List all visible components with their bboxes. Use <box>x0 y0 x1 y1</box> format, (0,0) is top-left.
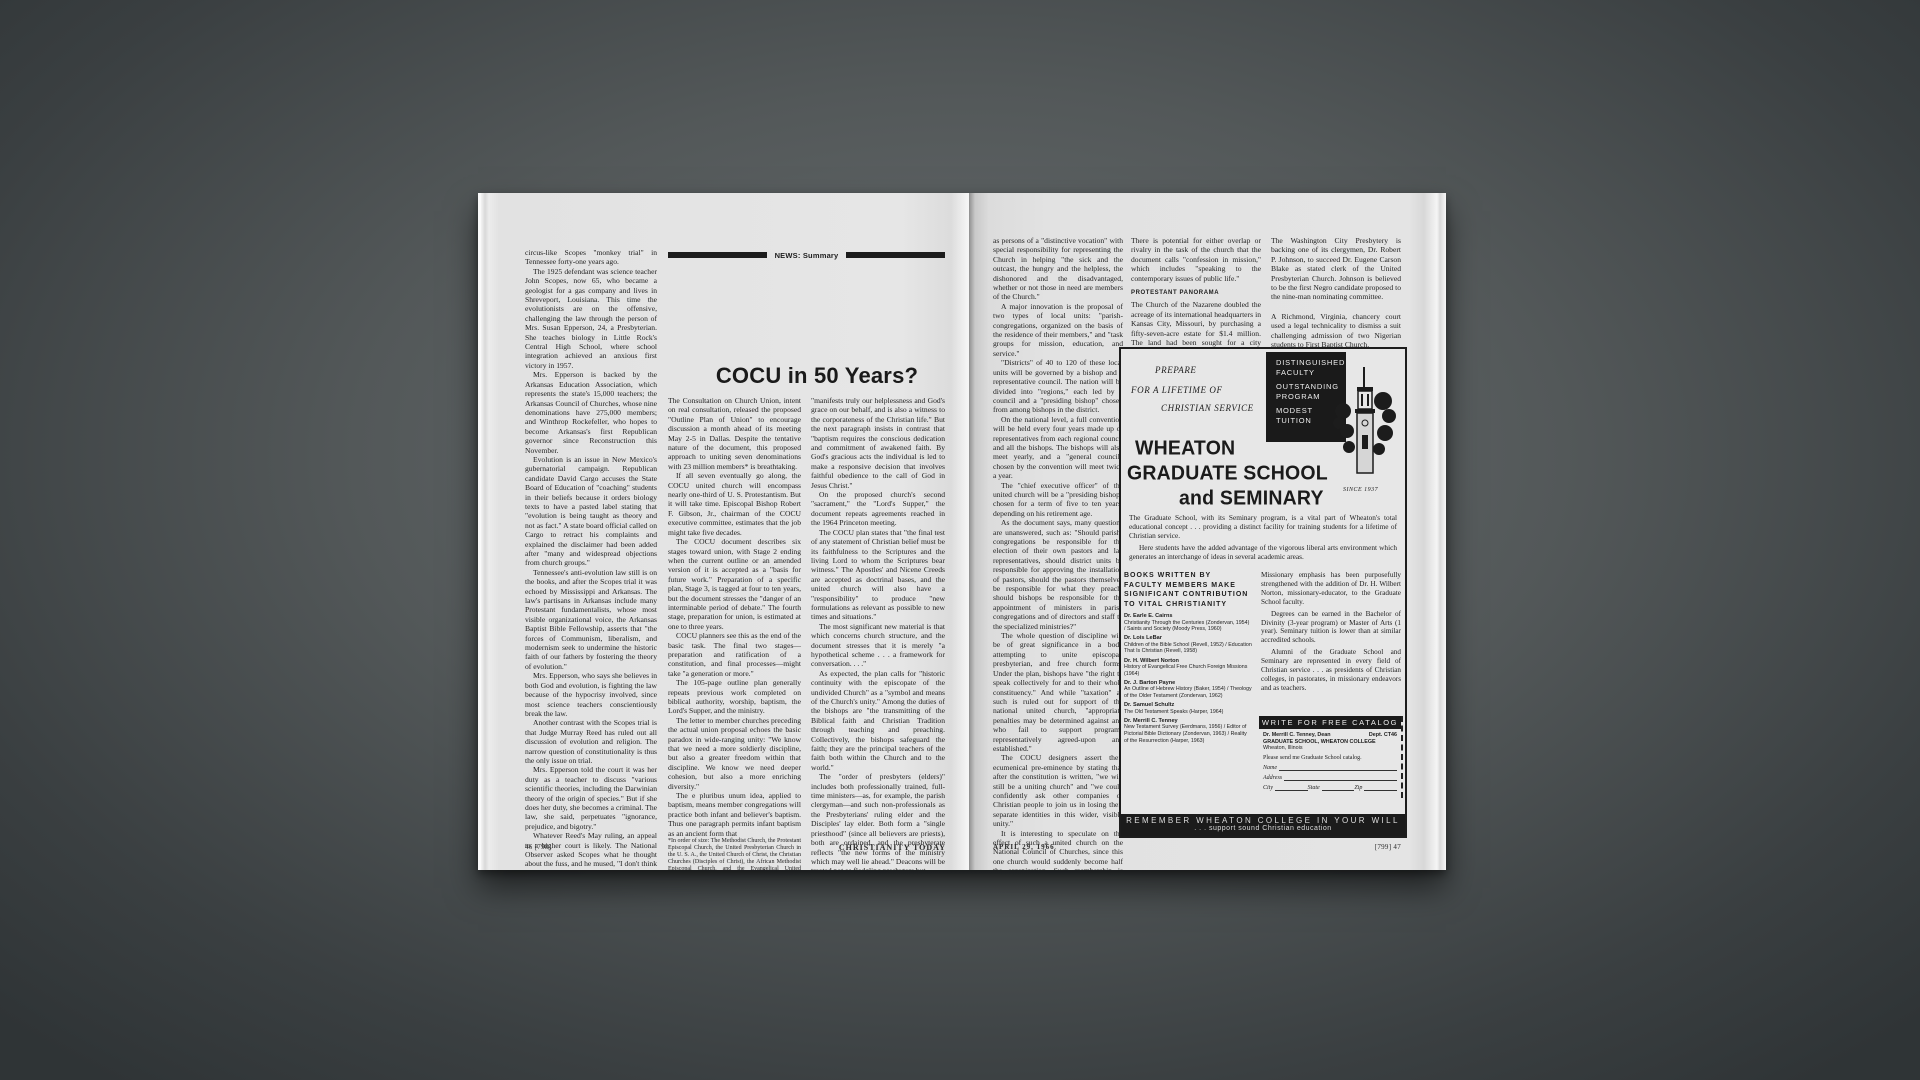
paragraph: The COCU document describes six stages t… <box>668 537 801 631</box>
paragraph: The Washington City Presbytery is backin… <box>1271 236 1401 302</box>
paragraph: Another contrast with the Scopes trial i… <box>525 718 657 765</box>
paragraph: Tennessee's anti-evolution law still is … <box>525 568 657 671</box>
paragraph: COCU planners see this as the end of the… <box>668 631 801 678</box>
paragraph: The e pluribus unum idea, applied to bap… <box>668 791 801 838</box>
coupon-address: Dr. Merrill C. Tenney, DeanDept. CT46 GR… <box>1259 729 1401 752</box>
paragraph: circus-like Scopes "monkey trial" in Ten… <box>525 248 657 267</box>
paragraph: The letter to member churches preceding … <box>668 716 801 791</box>
paragraph: Degrees can be earned in the Bachelor of… <box>1261 610 1401 646</box>
section-header: NEWS: Summary <box>668 250 945 260</box>
section-label: NEWS: Summary <box>775 251 839 260</box>
left-page: circus-like Scopes "monkey trial" in Ten… <box>478 193 969 870</box>
ad-intro: The Graduate School, with its Seminary p… <box>1129 513 1397 564</box>
paragraph: "manifests truly our helplessness and Go… <box>811 396 945 490</box>
ad-right-column: Missionary emphasis has been purposefull… <box>1261 571 1401 696</box>
address-field[interactable]: Address <box>1259 771 1401 781</box>
paragraph: As the document says, many questions are… <box>993 518 1123 631</box>
paragraph: Evolution is an issue in New Mexico's gu… <box>525 455 657 568</box>
wheaton-advertisement: PREPARE FOR A LIFETIME OF CHRISTIAN SERV… <box>1119 347 1407 838</box>
issue-date: APRIL 29, 1966 <box>993 843 1055 851</box>
book-entry: Dr. J. Barton PayneAn Outline of Hebrew … <box>1124 680 1252 700</box>
header-rule <box>668 252 767 258</box>
book-entry: Dr. Lois LeBarChildren of the Bible Scho… <box>1124 635 1252 655</box>
subhead-protestant-panorama: PROTESTANT PANORAMA <box>1131 289 1261 298</box>
catalog-coupon[interactable]: WRITE FOR FREE CATALOG Dr. Merrill C. Te… <box>1259 716 1403 798</box>
ad-title-line-2: GRADUATE SCHOOL <box>1127 461 1328 485</box>
paragraph: The Consultation on Church Union, intent… <box>668 396 801 471</box>
header-rule <box>846 252 945 258</box>
paragraph: Mrs. Epperson, who says she believes in … <box>525 671 657 718</box>
article-column-1: circus-like Scopes "monkey trial" in Ten… <box>525 248 657 870</box>
paragraph: On the national level, a full convention… <box>993 415 1123 481</box>
book-entry: Dr. H. Wilbert NortonHistory of Evangeli… <box>1124 658 1252 678</box>
faculty-books-list: BOOKS WRITTEN BY FACULTY MEMBERS MAKE SI… <box>1124 571 1252 747</box>
paragraph: "Districts" of 40 to 120 of these local … <box>993 358 1123 414</box>
coupon-request-text: Please send me Graduate School catalog. <box>1259 752 1401 761</box>
page-number: 46 [798] <box>525 843 551 851</box>
article-headline: COCU in 50 Years? <box>677 363 957 389</box>
article-column-4: as persons of a "distinctive vocation" w… <box>993 236 1123 870</box>
paragraph: The COCU plan states that "the final tes… <box>811 528 945 622</box>
book-entry: Dr. Samuel SchultzThe Old Testament Spea… <box>1124 702 1252 715</box>
paragraph: The Graduate School, with its Seminary p… <box>1129 513 1397 540</box>
paragraph: Mrs. Epperson told the court it was her … <box>525 765 657 831</box>
ad-title-line-3: and SEMINARY <box>1179 486 1324 510</box>
paragraph: A Richmond, Virginia, chancery court use… <box>1271 312 1401 350</box>
college-tower-illustration-icon <box>1333 361 1397 481</box>
ad-tagline: FOR A LIFETIME OF <box>1131 385 1223 395</box>
since-label: SINCE 1937 <box>1343 487 1378 493</box>
books-heading: BOOKS WRITTEN BY FACULTY MEMBERS MAKE SI… <box>1124 571 1252 609</box>
paragraph: The "chief executive officer" of the uni… <box>993 481 1123 519</box>
paragraph: The 105-page outline plan generally repe… <box>668 678 801 716</box>
name-field[interactable]: Name <box>1259 761 1401 771</box>
ad-title-line-1: WHEATON <box>1135 436 1235 460</box>
paragraph: The 1925 defendant was science teacher J… <box>525 267 657 370</box>
ad-tagline: PREPARE <box>1155 365 1197 375</box>
paragraph: If all seven eventually go along, the CO… <box>668 471 801 537</box>
paragraph: as persons of a "distinctive vocation" w… <box>993 236 1123 302</box>
paragraph: A major innovation is the proposal of tw… <box>993 302 1123 358</box>
footnote: *In order of size: The Methodist Church,… <box>668 838 801 870</box>
book-entry: Dr. Earle E. CairnsChristianity Through … <box>1124 613 1252 633</box>
right-page: as persons of a "distinctive vocation" w… <box>969 193 1446 870</box>
paragraph: Mrs. Epperson is backed by the Arkansas … <box>525 370 657 455</box>
article-column-2: The Consultation on Church Union, intent… <box>668 396 801 870</box>
paragraph: Here students have the added advantage o… <box>1129 543 1397 561</box>
paragraph: Alumni of the Graduate School and Semina… <box>1261 648 1401 693</box>
article-column-3: "manifests truly our helplessness and Go… <box>811 396 945 870</box>
book-entry: Dr. Merrill C. TenneyNew Testament Surve… <box>1124 718 1252 744</box>
paragraph: As expected, the plan calls for "histori… <box>811 669 945 772</box>
city-state-zip-field[interactable]: City State Zip <box>1259 781 1401 791</box>
magazine-spread: circus-like Scopes "monkey trial" in Ten… <box>478 193 1446 870</box>
paragraph: The whole question of discipline will be… <box>993 631 1123 753</box>
coupon-heading: WRITE FOR FREE CATALOG <box>1259 716 1401 729</box>
paragraph: On the proposed church's second "sacrame… <box>811 490 945 528</box>
ad-tagline: CHRISTIAN SERVICE <box>1161 403 1254 413</box>
paragraph: The most significant new material is tha… <box>811 622 945 669</box>
ad-footer-banner: REMEMBER WHEATON COLLEGE IN YOUR WILL . … <box>1121 814 1405 836</box>
paragraph: The COCU designers assert their ecumenic… <box>993 753 1123 828</box>
paragraph: Missionary emphasis has been purposefull… <box>1261 571 1401 607</box>
paragraph: There is potential for either overlap or… <box>1131 236 1261 283</box>
page-number: [799] 47 <box>1329 843 1401 851</box>
paragraph: The "order of presbyters (elders)" inclu… <box>811 772 945 870</box>
magazine-name: CHRISTIANITY TODAY <box>821 843 946 852</box>
